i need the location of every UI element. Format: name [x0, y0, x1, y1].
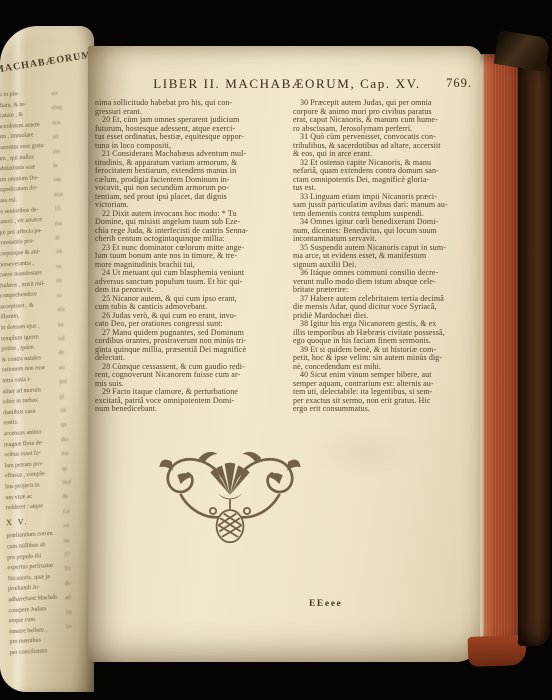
text-line: vocavit, qui non secundùm armorum po- [95, 184, 283, 193]
text-line: cælum, prodigia facientem Dominum in- [95, 176, 283, 185]
text-line: pridiè Mardochæi diei. [293, 312, 481, 321]
text-line: 23 Et nunc dominator cœlorum mitte ange- [95, 244, 283, 253]
text-line: 37 Habere autem celebritatem tertia deci… [293, 295, 481, 304]
text-line: gressuri erant. [95, 108, 283, 117]
tailpiece-ornament-icon [154, 446, 306, 550]
text-line: nima sollicitudo habebat pro his, qui co… [95, 99, 283, 108]
text-line: tribulibus, & sacerdotibus ad altare, ac… [293, 142, 481, 151]
text-line: 32 Et ostenso capite Nicanoris, & manu [293, 159, 481, 168]
fragment-line: redderet : atque [6, 501, 56, 514]
text-line: 22 Dixit autem invocans hoc modo: * Tu [95, 210, 283, 219]
page-number: 769. [446, 76, 472, 91]
running-header: LIBER II. MACHABÆORUM, Cap. XV. 769. [100, 76, 474, 92]
lower-fragments-list: prœliantium eorumcum millibus abpro popu… [6, 529, 59, 659]
text-line: sam jussit particulatim avibus dari: man… [293, 201, 481, 210]
main-page: LIBER II. MACHABÆORUM, Cap. XV. 769. nim… [88, 46, 482, 662]
text-line: 36 Itáque omnes communi consilio decre- [293, 269, 481, 278]
text-line: ro abscissam, Jerosolymam perferri. [293, 125, 481, 134]
text-line: victoriam. [95, 201, 283, 210]
text-line: 39 Et si quidem benè, & ut historiæ com- [293, 346, 481, 355]
left-page-outer-column: um in pla-sidiam, & te-dicatam , &Sacerd… [0, 88, 60, 659]
text-line: delectati. [95, 354, 283, 363]
text-line: cherib centum octogintaquinque millia: [95, 235, 283, 244]
text-line: cordibus orantes, prostraverunt non minù… [95, 337, 283, 346]
text-line: futurum, hostesque adessent, atque exerc… [95, 125, 283, 134]
text-line: erat, caput Nicanoris, & manum cum hume- [293, 116, 481, 125]
text-line: 30 Præcepit autem Judas, qui per omnia [293, 99, 481, 108]
outer-fragments-list: um in pla-sidiam, & te-dicatam , &Sacerd… [0, 88, 56, 514]
text-line: tem dementis contra templum suspendi. [293, 210, 481, 219]
text-column-left: nima sollicitudo habebat pro his, qui co… [95, 99, 283, 414]
text-line: cato Deo, per orationes congressi sunt: [95, 320, 283, 329]
text-line: num, dicentes: Benedictus, qui locum suu… [293, 227, 481, 236]
text-line: tus esset ordinatus, bestiæ, equitesque … [95, 133, 283, 142]
text-line: die mensis Adar, quod dicitur voce Syria… [293, 303, 481, 312]
text-column-right: 30 Præcepit autem Judas, qui per omniaco… [293, 99, 481, 414]
text-line: & eos, qui in arce erant. [293, 150, 481, 159]
text-line: titudinis, & apparatum varium armorum, & [95, 159, 283, 168]
text-line: more magnitudinis brachii tui, [95, 261, 283, 270]
text-line: 28 Cùmque cessassent, & cum gaudio redi- [95, 363, 283, 372]
text-line: num benedicebant. [95, 405, 283, 414]
text-line: 31 Quò cùm pervenisset, convocatis con- [293, 133, 481, 142]
text-line: chia rege Juda, & interfecisti de castri… [95, 227, 283, 236]
fragment-line: per conciliatura [10, 645, 60, 658]
left-page-text-fragments: um in pla-sidiam, & te-dicatam , &Sacerd… [0, 86, 94, 659]
text-line: 20 Et, cùm jam omnes sperarent judicium [95, 116, 283, 125]
red-fore-edge [480, 54, 520, 650]
text-line: 38 Igitur his erga Nicanorem gestis, & e… [293, 320, 481, 329]
text-line: britate præterire: [293, 286, 481, 295]
text-line: tus est. [293, 184, 481, 193]
text-line: ego quoque in his faciam finem sermonis. [293, 337, 481, 346]
text-line: 25 Nicanor autem, & qui cum ipso erant, [95, 295, 283, 304]
text-line: ma arce, ut evidens esset, & manifestum [293, 252, 481, 261]
text-line: 40 Sicut enim vinum semper bibere, aut [293, 371, 481, 380]
text-line: 33 Linguam etiam impii Nicanoris præci- [293, 193, 481, 202]
text-line: cum tubis & canticis admovebant. [95, 303, 283, 312]
text-line: 27 Manu quidem pugnantes, sed Dominum [95, 329, 283, 338]
text-line: petit, hoc & ipse velim: sin autem minùs… [293, 354, 481, 363]
page-title: LIBER II. MACHABÆORUM, Cap. XV. [153, 76, 420, 92]
text-line: nefariâ, quam extendens contra domum san… [293, 167, 481, 176]
text-line: adversus sanctum populum tuum. Et hic qu… [95, 278, 283, 287]
text-line: lum tuum bonum ante nos in timore, & tre… [95, 252, 283, 261]
text-line: semper aquam, contrarium est: alternis a… [293, 380, 481, 389]
text-line: ctam omnipotentis Dei, magnificè gloria- [293, 176, 481, 185]
text-line: signum auxilii Dei. [293, 261, 481, 270]
text-line: dem ita peroravit. [95, 286, 283, 295]
text-line: 24 Ut metuant qui cum blasphemia veniunt [95, 269, 283, 278]
text-line: nè, concedendum est mihi. [293, 363, 481, 372]
text-line: per exactus sit sermo, non erit gratus. … [293, 397, 481, 406]
text-line: Domine, qui misisti angelum tuum sub Eze… [95, 218, 283, 227]
text-line: 29 Facto itaque clamore, & perturbatione [95, 388, 283, 397]
quire-signature-mark: EEeee [309, 599, 342, 609]
leather-board-edge [518, 58, 550, 646]
text-line: rent, cognoverunt Nicanorem fuisse cum a… [95, 371, 283, 380]
two-column-text-block: nima sollicitudo habebat pro his, qui co… [95, 99, 481, 414]
text-line: ergo erit consummatus. [293, 405, 481, 414]
text-line: illis temporibus ab Hæbræis civitate pos… [293, 329, 481, 338]
text-line: 34 Omnes igitur cœli benedixerunt Domi- [293, 218, 481, 227]
text-line: verunt nullo modo diem istum absque cele… [293, 278, 481, 287]
text-line: 35 Suspendit autem Nicanoris caput in su… [293, 244, 481, 253]
text-line: incontaminatum servavit. [293, 235, 481, 244]
text-line: tuno in loco compositi, [95, 142, 283, 151]
left-page-curved-edge: MACHABÆORUM, C um in pla-sidiam, & te-di… [0, 26, 94, 692]
text-line: 26 Judas verò, & qui cum eo erant, invo- [95, 312, 283, 321]
text-line: mis suis. [95, 380, 283, 389]
text-line: tentiam, sed prout ipsi placet, dat dign… [95, 193, 283, 202]
text-line: 21 Considerans Machabæus adventum mul- [95, 150, 283, 159]
text-line: corpore & animo mori pro civibus paratus [293, 108, 481, 117]
text-line: excitatâ, patriâ voce omnipotentem Domi- [95, 397, 283, 406]
text-line: tem uti, delectabile: ita legentibus, si… [293, 388, 481, 397]
text-line: ferocitatem bestiarum, extendens manus i… [95, 167, 283, 176]
chapter-heading-fragment: X V. [6, 515, 56, 528]
text-line: ginta quinque millia, præsentiâ Dei magn… [95, 346, 283, 355]
antique-book-photo: MACHABÆORUM, C um in pla-sidiam, & te-di… [0, 0, 552, 700]
